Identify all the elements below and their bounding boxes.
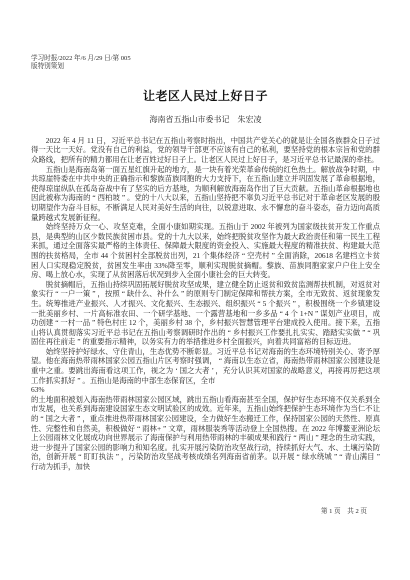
article-body: 2022 年 4 月 11 日，习近平总书记在五指山考察时指出，中国共产党关心的… <box>31 136 380 472</box>
page-footer: 第 1 页 共 2 页 <box>31 505 367 515</box>
paragraph-5: 始终坚持护好绿水、守住青山，生态优势不断彰显。习近平总书记对海南的生态环境特别关… <box>31 347 380 385</box>
paragraph-7: 的土地面积被划入海南热带雨林国家公园区域，跳出五指山看海南甚至全国，保护好生态环… <box>31 395 380 472</box>
paragraph-1: 2022 年 4 月 11 日，习近平总书记在五指山考察时指出，中国共产党关心的… <box>31 136 380 165</box>
page-title: 让老区人民过上好日子 <box>31 87 380 104</box>
paragraph-4: 脱贫摘帽后，五指山持续巩固拓展好脱贫攻坚成果，建立健全防止返贫和致贫监测帮扶机制… <box>31 280 380 347</box>
paragraph-6-percent-line: 63% <box>31 385 380 395</box>
masthead: 学习时报/2022 年/6 月/29 日/第 005 版特别策划 <box>31 0 380 72</box>
document-page: 学习时报/2022 年/6 月/29 日/第 005 版特别策划 让老区人民过上… <box>31 0 380 580</box>
byline: 海南省五指山市委书记 朱宏凌 <box>31 114 380 125</box>
paragraph-2: 五指山是海南岛第一面五星红旗升起的地方，是一块有着光荣革命传统的红色热土。解放战… <box>31 165 380 223</box>
source-line-1: 学习时报/2022 年/6 月/29 日/第 005 <box>31 55 380 63</box>
paragraph-3: 始终坚持万众一心、攻坚克难，全面小康如期实现。五指山于 2002 年被列为国家级… <box>31 222 380 280</box>
source-line-2: 版特别策划 <box>31 63 380 71</box>
